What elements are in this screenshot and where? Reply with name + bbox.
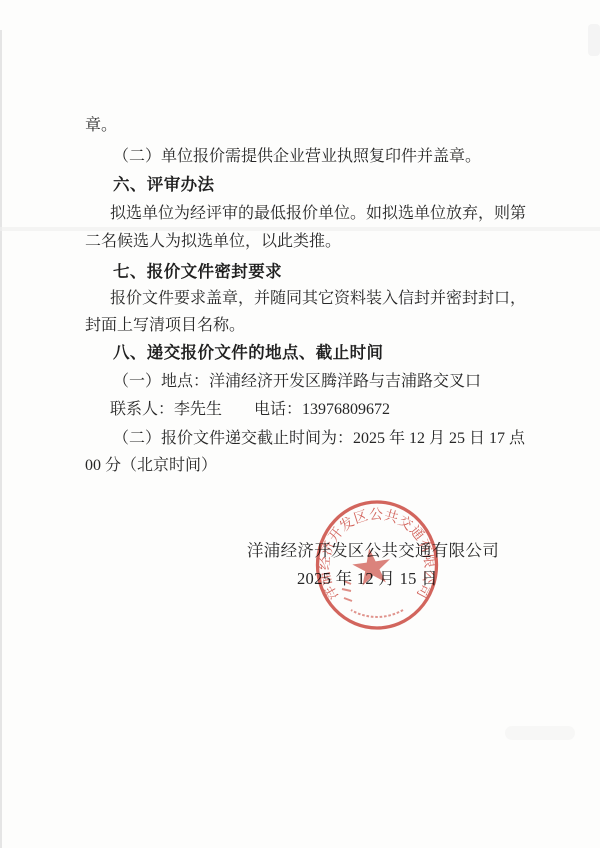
section-heading-8: 八、递交报价文件的地点、截止时间 [113, 342, 383, 364]
section-6-body-line-1: 拟选单位为经评审的最低报价单位。如拟选单位放弃，则第 [110, 203, 526, 225]
deadline-line-1: （二）报价文件递交截止时间为：2025 年 12 月 25 日 17 点 [113, 428, 525, 450]
section-7-body-line-2: 封面上写清项目名称。 [85, 315, 245, 337]
paragraph-continuation-line: 章。 [85, 115, 117, 137]
contact-phone-line: 联系人：李先生 电话：13976809672 [110, 399, 390, 421]
signature-date: 2025 年 12 月 15 日 [297, 568, 438, 590]
clause-5-2-line: （二）单位报价需提供企业营业执照复印件并盖章。 [113, 146, 481, 168]
section-7-body-line-1: 报价文件要求盖章，并随同其它资料装入信封并密封封口， [110, 288, 526, 310]
scan-left-edge-artifact [0, 30, 2, 848]
seal-number-arc [351, 610, 403, 617]
section-6-body-line-2: 二名候选人为拟选单位，以此类推。 [85, 231, 341, 253]
deadline-line-2: 00 分（北京时间） [85, 455, 217, 477]
address-line: （一）地点：洋浦经济开发区腾洋路与吉浦路交叉口 [113, 371, 481, 393]
section-heading-6: 六、评审办法 [113, 174, 214, 196]
scanned-document-page: 章。 （二）单位报价需提供企业营业执照复印件并盖章。 六、评审办法 拟选单位为经… [0, 0, 600, 848]
seal-ring [318, 502, 437, 628]
section-heading-7: 七、报价文件密封要求 [113, 261, 282, 283]
scan-smudge-top-right [588, 24, 600, 56]
official-seal-graphic: 洋浦经济开发区公共交通有限公司 [314, 499, 440, 631]
signature-company-name: 洋浦经济开发区公共交通有限公司 [247, 540, 499, 562]
scan-smudge-bottom-right [505, 726, 575, 740]
official-seal: 洋浦经济开发区公共交通有限公司 [314, 499, 440, 631]
